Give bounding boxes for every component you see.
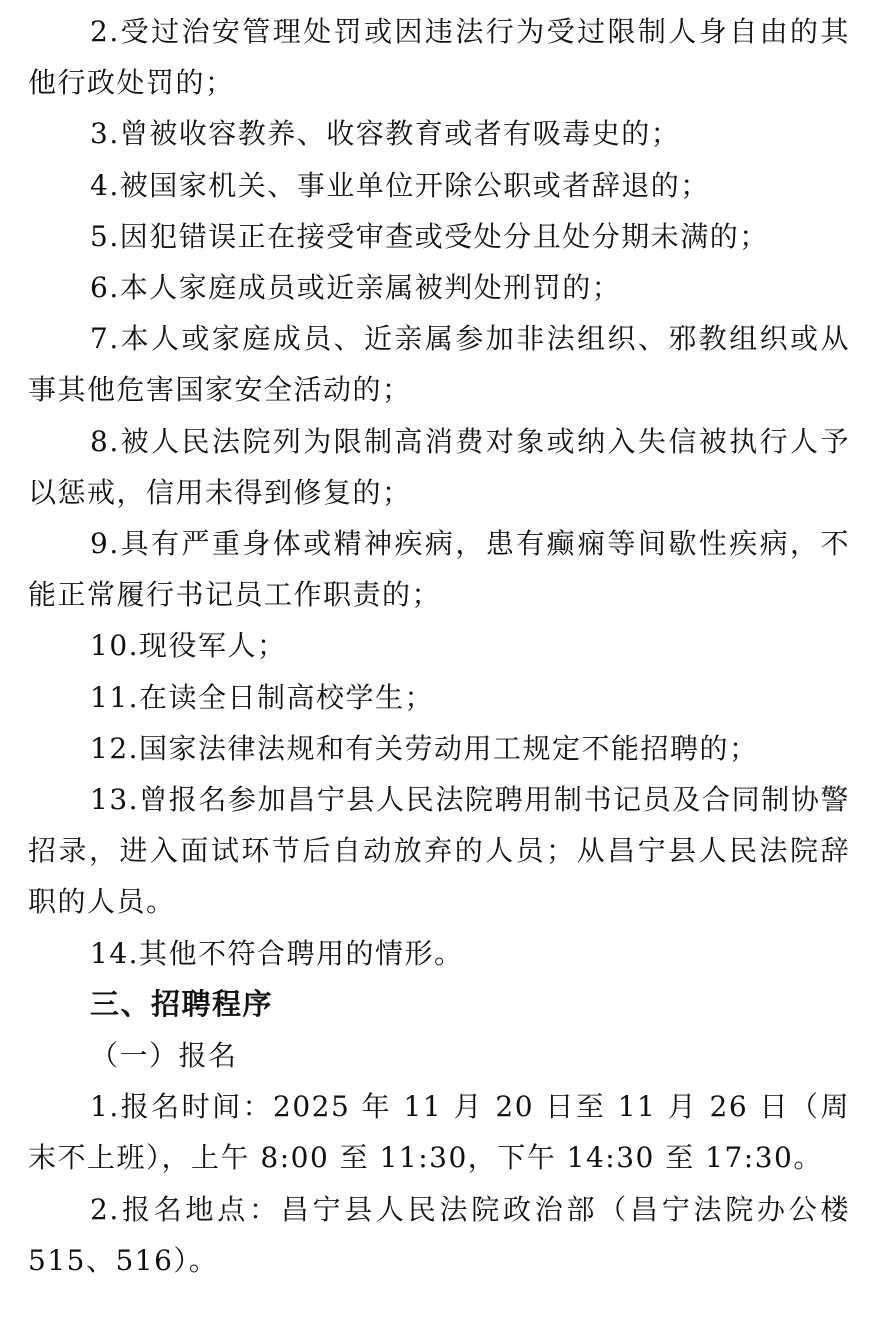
list-item-4: 4.被国家机关、事业单位开除公职或者辞退的； — [28, 160, 850, 211]
document-body: 2.受过治安管理处罚或因违法行为受过限制人身自由的其他行政处罚的； 3.曾被收容… — [28, 6, 850, 1286]
list-item-8: 8.被人民法院列为限制高消费对象或纳入失信被执行人予以惩戒，信用未得到修复的； — [28, 416, 850, 518]
item-number: 11. — [90, 681, 139, 714]
list-item-13: 13.曾报名参加昌宁县人民法院聘用制书记员及合同制协警招录，进入面试环节后自动放… — [28, 774, 850, 928]
registration-location: 2.报名地点：昌宁县人民法院政治部（昌宁法院办公楼 515、516）。 — [28, 1184, 850, 1286]
item-text: 具有严重身体或精神疾病，患有癫痫等间歇性疾病，不能正常履行书记员工作职责的； — [28, 527, 850, 611]
item-text: 被国家机关、事业单位开除公职或者辞退的； — [120, 169, 710, 202]
list-item-2: 2.受过治安管理处罚或因违法行为受过限制人身自由的其他行政处罚的； — [28, 6, 850, 108]
subsection-heading: （一）报名 — [28, 1030, 850, 1081]
item-number: 6. — [90, 271, 120, 304]
item-number: 9. — [90, 527, 120, 560]
item-number: 14. — [90, 937, 139, 970]
item-text: 报名地点：昌宁县人民法院政治部（昌宁法院办公楼 515、516）。 — [28, 1193, 850, 1277]
list-item-3: 3.曾被收容教养、收容教育或者有吸毒史的； — [28, 108, 850, 159]
item-text: 受过治安管理处罚或因违法行为受过限制人身自由的其他行政处罚的； — [28, 15, 850, 99]
item-text: 本人家庭成员或近亲属被判处刑罚的； — [120, 271, 622, 304]
item-text: 其他不符合聘用的情形。 — [139, 937, 464, 970]
list-item-11: 11.在读全日制高校学生； — [28, 672, 850, 723]
item-text: 国家法律法规和有关劳动用工规定不能招聘的； — [139, 732, 759, 765]
list-item-5: 5.因犯错误正在接受审查或受处分且处分期未满的； — [28, 211, 850, 262]
list-item-7: 7.本人或家庭成员、近亲属参加非法组织、邪教组织或从事其他危害国家安全活动的； — [28, 313, 850, 415]
item-number: 2. — [90, 15, 120, 48]
item-text: 报名时间：2025 年 11 月 20 日至 11 月 26 日（周末不上班），… — [28, 1090, 850, 1174]
item-number: 1. — [90, 1090, 120, 1123]
item-text: 现役军人； — [139, 629, 287, 662]
item-number: 10. — [90, 629, 139, 662]
list-item-6: 6.本人家庭成员或近亲属被判处刑罚的； — [28, 262, 850, 313]
registration-time: 1.报名时间：2025 年 11 月 20 日至 11 月 26 日（周末不上班… — [28, 1081, 850, 1183]
item-number: 7. — [90, 322, 120, 355]
item-number: 8. — [90, 425, 120, 458]
item-text: 曾被收容教养、收容教育或者有吸毒史的； — [120, 117, 681, 150]
item-text: 曾报名参加昌宁县人民法院聘用制书记员及合同制协警招录，进入面试环节后自动放弃的人… — [28, 783, 850, 918]
list-item-12: 12.国家法律法规和有关劳动用工规定不能招聘的； — [28, 723, 850, 774]
item-number: 4. — [90, 169, 120, 202]
item-number: 2. — [90, 1193, 120, 1226]
list-item-14: 14.其他不符合聘用的情形。 — [28, 928, 850, 979]
item-number: 5. — [90, 220, 120, 253]
item-text: 本人或家庭成员、近亲属参加非法组织、邪教组织或从事其他危害国家安全活动的； — [28, 322, 850, 406]
section-heading: 三、招聘程序 — [28, 979, 850, 1030]
item-number: 3. — [90, 117, 120, 150]
item-number: 13. — [90, 783, 139, 816]
item-text: 因犯错误正在接受审查或受处分且处分期未满的； — [120, 220, 769, 253]
item-number: 12. — [90, 732, 139, 765]
item-text: 被人民法院列为限制高消费对象或纳入失信被执行人予以惩戒，信用未得到修复的； — [28, 425, 850, 509]
list-item-10: 10.现役军人； — [28, 620, 850, 671]
list-item-9: 9.具有严重身体或精神疾病，患有癫痫等间歇性疾病，不能正常履行书记员工作职责的； — [28, 518, 850, 620]
item-text: 在读全日制高校学生； — [139, 681, 434, 714]
